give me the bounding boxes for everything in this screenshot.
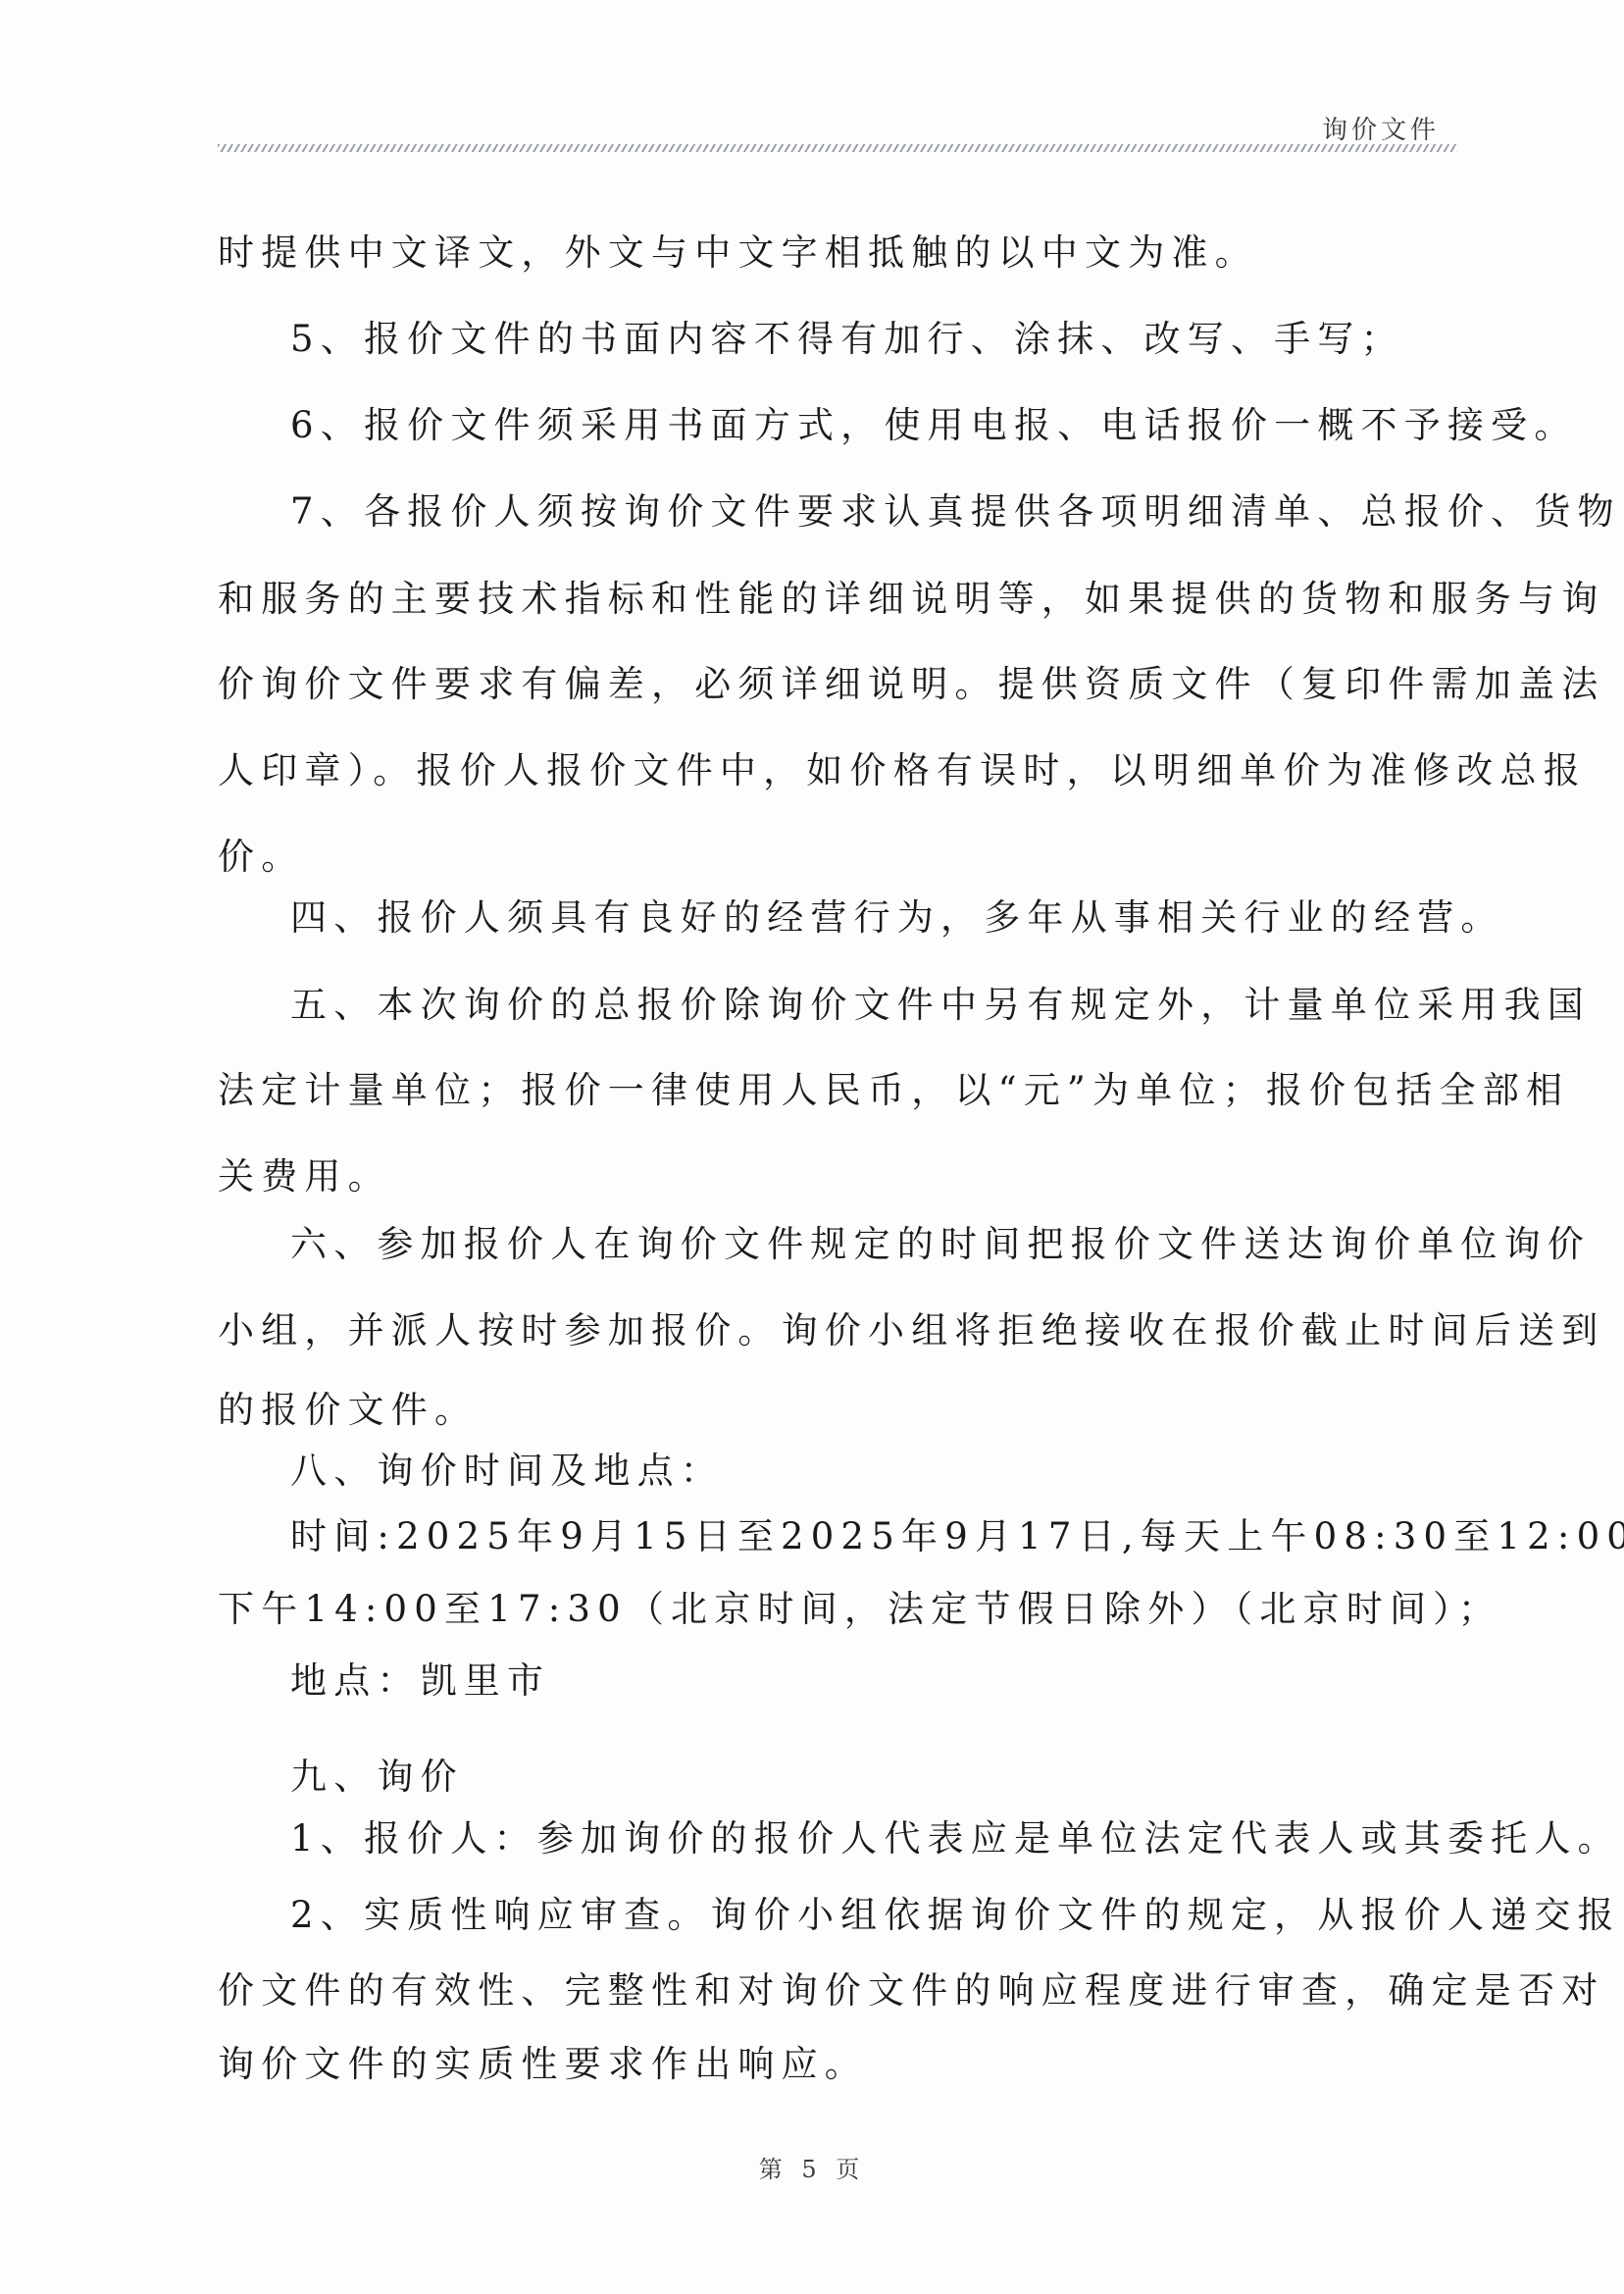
- body-line: 5、报价文件的书面内容不得有加行、涂抹、改写、手写；: [290, 318, 1531, 361]
- body-line: 人印章）。报价人报价文件中，如价格有误时，以明细单价为准修改总报: [218, 749, 1458, 792]
- body-line: 和服务的主要技术指标和性能的详细说明等，如果提供的货物和服务与询: [218, 578, 1458, 621]
- body-line: 价文件的有效性、完整性和对询价文件的响应程度进行审查，确定是否对: [218, 1969, 1458, 2013]
- inquiry-time-continued: 下午14:00至17:30（北京时间，法定节假日除外）（北京时间）；: [218, 1588, 1458, 1631]
- body-line: 7、各报价人须按询价文件要求认真提供各项明细清单、总报价、货物: [290, 490, 1531, 534]
- section-heading-5: 五、本次询价的总报价除询价文件中另有规定外，计量单位采用我国: [290, 984, 1531, 1027]
- inquiry-time: 时间:2025年9月15日至2025年9月17日,每天上午08:30至12:00…: [290, 1515, 1531, 1558]
- body-line: 的报价文件。: [218, 1389, 1458, 1432]
- section-heading-6: 六、参加报价人在询价文件规定的时间把报价文件送达询价单位询价: [290, 1223, 1531, 1266]
- body-line: 1、报价人：参加询价的报价人代表应是单位法定代表人或其委托人。: [290, 1817, 1531, 1861]
- body-line: 法定计量单位；报价一律使用人民币，以“元”为单位；报价包括全部相: [218, 1069, 1458, 1112]
- section-heading-9: 九、询价: [290, 1756, 1531, 1799]
- body-line: 6、报价文件须采用书面方式，使用电报、电话报价一概不予接受。: [290, 404, 1531, 447]
- body-line: 价。: [218, 836, 1458, 879]
- body-line: 2、实质性响应审查。询价小组依据询价文件的规定，从报价人递交报: [290, 1894, 1531, 1937]
- section-heading-8: 八、询价时间及地点：: [290, 1450, 1531, 1493]
- inquiry-location: 地点：凯里市: [290, 1659, 1531, 1703]
- running-header-title: 询价文件: [1322, 110, 1440, 146]
- body-line: 价询价文件要求有偏差，必须详细说明。提供资质文件（复印件需加盖法: [218, 663, 1458, 706]
- body-line: 时提供中文译文，外文与中文字相抵触的以中文为准。: [218, 231, 1458, 275]
- document-page: 询价文件 时提供中文译文，外文与中文字相抵触的以中文为准。 5、报价文件的书面内…: [0, 0, 1624, 2294]
- body-line: 小组，并派人按时参加报价。询价小组将拒绝接收在报价截止时间后送到: [218, 1309, 1458, 1352]
- page-number: 第 5 页: [0, 2150, 1624, 2184]
- header-divider: [218, 144, 1457, 152]
- body-line: 关费用。: [218, 1155, 1458, 1198]
- body-line: 询价文件的实质性要求作出响应。: [218, 2043, 1458, 2086]
- section-heading-4: 四、报价人须具有良好的经营行为，多年从事相关行业的经营。: [290, 896, 1531, 940]
